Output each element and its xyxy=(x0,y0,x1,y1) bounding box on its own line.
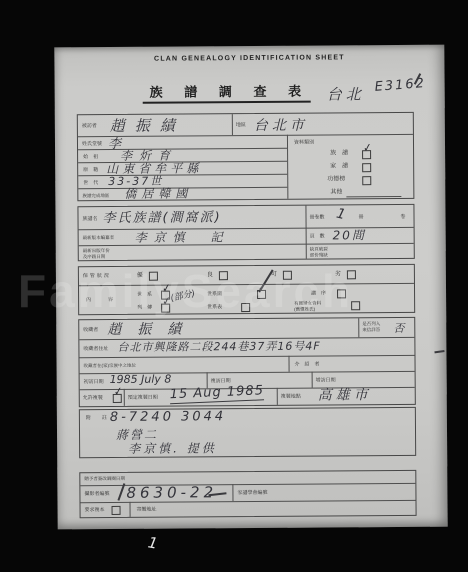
volume-unit: 冊 xyxy=(358,214,363,220)
category-title: 資料類別 xyxy=(294,140,314,146)
divider xyxy=(79,283,414,286)
section-book-info: 族譜名 李氏族譜(澗窩派) 冊卷數 1 冊 卷 最新版本編纂者 李京慎 記 頁 … xyxy=(77,204,414,261)
photographer-number-label: 攝影者編號 xyxy=(84,491,109,497)
category-option-label: 其他 xyxy=(330,189,342,196)
scroll-unit: 卷 xyxy=(400,214,405,220)
checkbox-family-genealogy xyxy=(362,163,371,172)
owner-address-value: 台北市興隆路二段244巷37弄16号4F xyxy=(117,338,320,355)
divider xyxy=(287,135,288,199)
first-visit-label: 初訪日期 xyxy=(84,379,104,385)
notes-label: 附 註 xyxy=(86,415,110,421)
divider xyxy=(277,388,278,405)
content-item-label: 世系表 xyxy=(207,304,222,310)
section-collector: 收藏者 趙振績 是否列入 來信詳答 否 收藏者住址 台北市興隆路二段244巷37… xyxy=(78,317,416,407)
pub-year-label-line1: 最新出版年份 xyxy=(83,248,110,253)
completion-value: 僑居韓國 xyxy=(124,184,192,201)
owner-address-label: 收藏者住址 xyxy=(83,346,108,352)
pages-label: 頁 數 xyxy=(310,233,325,239)
genealogy-name-label: 族譜名 xyxy=(83,216,98,222)
checkbox-grade-good xyxy=(219,271,228,280)
notes-line3: 李京慎. 提供 xyxy=(128,439,217,457)
completion-label: 族譜完成地區 xyxy=(82,193,109,198)
divider xyxy=(129,502,130,517)
checkbox-merit-board xyxy=(362,176,371,185)
divider xyxy=(312,372,313,388)
checkbox-preface xyxy=(337,289,346,298)
mailing-address-label: 寄贈地址 xyxy=(137,507,157,513)
copy-place-label: 複製地點 xyxy=(281,394,301,400)
pen-stroke xyxy=(434,350,444,353)
ancestor-label: 始 祖 xyxy=(83,154,98,160)
copy-date-value: 15 Aug 1985 xyxy=(169,383,264,404)
owner-label: 收藏者 xyxy=(83,327,98,333)
frame-number: 1 xyxy=(147,533,160,552)
handwritten-sheet-code: E3162 xyxy=(374,76,426,95)
category-option-label: 功德榜 xyxy=(327,176,345,183)
content-item-label: 世 系 xyxy=(137,292,152,298)
surname-label: 姓氏堂號 xyxy=(82,141,102,147)
notes-line1: 8-7240 3044 xyxy=(110,409,226,425)
checkbox-grade-fair xyxy=(283,271,292,280)
lineage-note: (部分) xyxy=(169,286,196,304)
area-label: 地區 xyxy=(236,122,246,128)
genealogy-form-paper: CLAN GENEALOGY IDENTIFICATION SHEET 族 譜 … xyxy=(54,45,447,530)
content-item-label: 列 傳 xyxy=(137,305,152,311)
grade-label: 良 xyxy=(207,272,213,279)
divider xyxy=(232,484,233,501)
grade-label: 可 xyxy=(271,272,277,279)
damage-label-line2: 部份殘缺 xyxy=(310,252,328,257)
divider xyxy=(232,114,233,135)
divider xyxy=(305,206,306,259)
section-condition: 保管狀況 優 良 可 劣 內 容 世 系 ✓ (部分) 世系圖 ✓ 譜 序 列 … xyxy=(78,264,415,315)
checkbox-grade-poor xyxy=(347,270,356,279)
check-icon: ✓ xyxy=(162,297,172,306)
volumes-value: 1 xyxy=(335,206,347,224)
grade-label: 優 xyxy=(137,273,143,280)
title-underline xyxy=(143,101,311,104)
section-notes: 附 註 8-7240 3044 蔣營二 李京慎. 提供 xyxy=(79,407,416,458)
listed-answer: 否 xyxy=(393,320,404,336)
request-copy-label: 要求複本 xyxy=(85,507,105,513)
damage-label-line1: 缺頁破裂 xyxy=(310,246,328,251)
grade-label: 劣 xyxy=(335,271,341,278)
divider xyxy=(358,318,359,337)
clan-position-label: 收藏者在(家)宗族中之地位 xyxy=(84,363,137,368)
category-option-label: 家 譜 xyxy=(330,163,348,170)
content-item-label: 有關婦女資料 xyxy=(294,301,321,306)
society-number-label: 家譜學會編號 xyxy=(237,490,267,496)
scanned-microfilm-frame: CLAN GENEALOGY IDENTIFICATION SHEET 族 譜 … xyxy=(0,0,468,572)
copy-place-value: 高雄市 xyxy=(318,384,372,404)
section-admin: 贈予者簽改調閱日期 攝影者編號 8630-22 家譜學會編號 要求複本 寄贈地址 xyxy=(79,470,416,518)
revisit-label: 複訪日期 xyxy=(211,378,231,384)
check-icon: ✓ xyxy=(161,284,171,293)
form-chinese-title: 族 譜 調 查 表 xyxy=(150,81,310,101)
category-option-label: 族 譜 xyxy=(330,150,348,157)
compiler-label: 最新版本編纂者 xyxy=(83,235,115,240)
content-item-label: 譜 序 xyxy=(311,290,326,296)
check-icon: ✓ xyxy=(362,144,372,153)
generations-label: 世 代 xyxy=(83,180,98,186)
area-value: 台北市 xyxy=(254,115,308,135)
checkbox-lineage-table xyxy=(241,303,250,312)
copy-date-label: 預定複製日期 xyxy=(128,395,158,401)
introducer-label: 介 紹 者 xyxy=(295,362,320,368)
permit-copy-label: 允許複製 xyxy=(83,395,103,401)
volumes-label: 冊卷數 xyxy=(309,214,324,220)
listed-label-line1: 是否列入 xyxy=(362,321,380,326)
donor-date-label: 贈予者簽改調閱日期 xyxy=(84,476,125,481)
handwritten-city: 台北 xyxy=(327,83,365,104)
photographer-number-value: 8630-22 xyxy=(126,483,217,502)
pub-year-label-line2: 及序跋日期 xyxy=(83,254,106,259)
check-icon: ✓ xyxy=(113,387,123,396)
compiler-value: 李京慎 記 xyxy=(135,228,230,246)
divider xyxy=(79,355,414,358)
content-item-sublabel: (舊慣姓氏) xyxy=(294,307,315,312)
listed-label-line2: 來信詳答 xyxy=(362,327,380,332)
origin-label: 原 籍 xyxy=(83,167,98,173)
pages-value: 20間 xyxy=(333,226,366,243)
checkbox-request-copy xyxy=(112,506,121,515)
divider xyxy=(288,356,289,372)
content-label: 內 容 xyxy=(86,297,119,303)
section-basic-info: 被訪者 趙振績 地區 台北市 姓氏堂號 李 始 祖 李炘育 原 籍 山東省牟平縣… xyxy=(77,112,415,201)
additional-visit-label: 增訪日期 xyxy=(316,377,336,383)
divider xyxy=(79,243,414,246)
form-english-title: CLAN GENEALOGY IDENTIFICATION SHEET xyxy=(54,54,444,64)
owner-value: 趙振績 xyxy=(107,318,197,339)
content-item-label: 世系圖 xyxy=(207,291,222,297)
other-blank-line xyxy=(346,196,401,197)
interviewee-value: 趙振績 xyxy=(110,114,185,136)
divider xyxy=(124,389,125,406)
interviewee-label: 被訪者 xyxy=(82,123,97,129)
checkbox-grade-excellent xyxy=(149,272,158,281)
genealogy-name-value: 李氏族譜(澗窩派) xyxy=(102,206,221,226)
checkbox-women-data xyxy=(351,301,360,310)
condition-label: 保管狀況 xyxy=(83,273,111,279)
